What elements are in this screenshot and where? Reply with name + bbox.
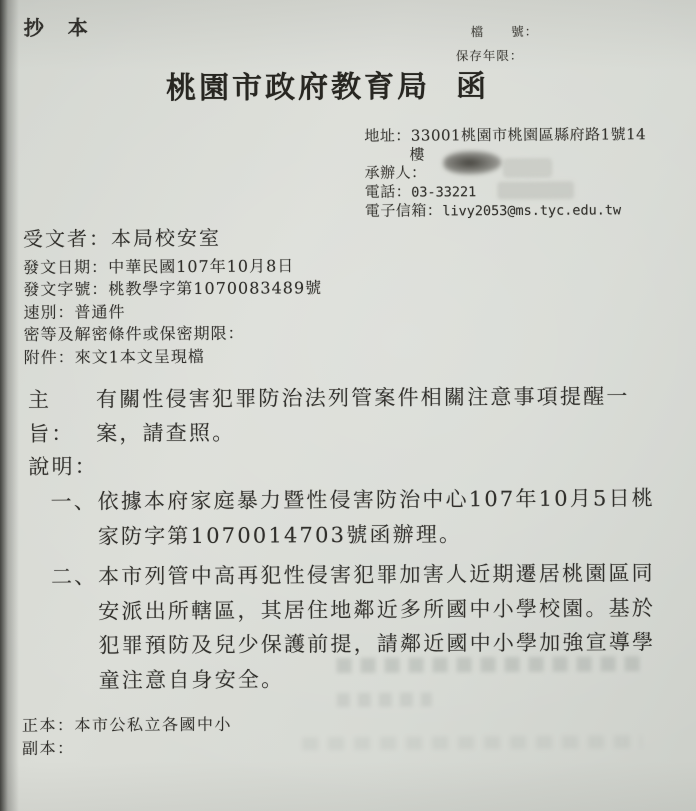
item-2-number: 二、 [51, 560, 99, 698]
sender-email-line: 電子信箱：livy2053@ms.tyc.edu.tw [365, 200, 690, 221]
item-2-text: 本市列管中高再犯性侵害犯罪加害人近期遷居桃園區同安派出所轄區，其居住地鄰近多所國… [98, 556, 661, 697]
issuing-agency-name: 桃園市政府教育局 [166, 61, 430, 107]
recipient-line: 受文者：本局校安室 [23, 222, 221, 252]
document-title: 桃園市政府教育局 函 [166, 61, 489, 107]
cc-recipients-line: 副本： [22, 736, 232, 760]
original-recipients-value: 本市公私立各國中小 [74, 715, 232, 735]
priority-label: 速別： [23, 302, 74, 321]
reference-number-line: 發文字號：桃教學字第1070083489號 [23, 278, 322, 302]
issue-date-label: 發文日期： [23, 257, 108, 277]
issue-date-line: 發文日期：中華民國107年10月8日 [23, 255, 322, 279]
subject-section: 主旨： 有關性侵害犯罪防治法列管案件相關注意事項提醒一案，請查照。 [28, 379, 670, 451]
phone-label: 電話： [365, 182, 412, 200]
original-recipients-line: 正本：本市公私立各國中小 [22, 714, 232, 738]
priority-line: 速別：普通件 [23, 300, 322, 324]
scanned-official-letter: 抄 本 檔 號： 保存年限： 桃園市政府教育局 函 地址：33001桃園市桃園區… [0, 0, 696, 811]
cc-recipients-label: 副本： [22, 738, 75, 757]
priority-value: 普通件 [74, 302, 125, 321]
explanation-item-1: 一、 依據本府家庭暴力暨性侵害防治中心107年10月5日桃家防字第1070014… [50, 481, 668, 554]
ink-bleed-through-marks [337, 656, 649, 673]
explanation-item-2: 二、 本市列管中高再犯性侵害犯罪加害人近期遷居桃園區同安派出所轄區，其居住地鄰近… [51, 556, 670, 698]
letter-content: 抄 本 檔 號： 保存年限： 桃園市政府教育局 函 地址：33001桃園市桃園區… [0, 0, 696, 811]
phone-value: 03-33221 [411, 184, 476, 200]
email-value: livy2053@ms.tyc.edu.tw [442, 202, 621, 219]
distribution-block: 正本：本市公私立各國中小 副本： [22, 714, 232, 760]
document-meta-block: 發文日期：中華民國107年10月8日 發文字號：桃教學字第1070083489號… [23, 255, 323, 369]
contact-name-redaction-patch [505, 160, 551, 176]
issue-date-value: 中華民國107年10月8日 [108, 256, 294, 276]
copy-stamp-label: 抄 本 [24, 12, 90, 41]
sender-address-line1: 地址：33001桃園市桃園區縣府路1號14 [364, 125, 689, 145]
item-1-text: 依據本府家庭暴力暨性侵害防治中心107年10月5日桃家防字第1070014703… [97, 481, 659, 553]
original-recipients-label: 正本： [22, 716, 75, 735]
ink-bleed-through-marks [337, 692, 432, 707]
reference-number-label: 發文字號： [23, 280, 108, 300]
item-1-number: 一、 [50, 485, 97, 554]
classification-line: 密等及解密條件或保密期限： [23, 322, 322, 346]
explanation-label: 說明： [28, 451, 98, 481]
email-label: 電子信箱： [365, 201, 443, 219]
ink-bleed-through-marks [302, 735, 642, 750]
phone-extension-redaction-patch [499, 183, 573, 198]
subject-text: 有關性侵害犯罪防治法列管案件相關注意事項提醒一案，請查照。 [96, 379, 670, 451]
document-type: 函 [456, 61, 489, 105]
contact-person-label: 承辦人： [365, 164, 427, 182]
attachment-line: 附件：來文1本文呈現檔 [24, 345, 323, 369]
reference-number-value: 桃教學字第1070083489號 [108, 279, 322, 299]
attachment-label: 附件： [24, 347, 75, 366]
attachment-value: 來文1本文呈現檔 [75, 346, 205, 366]
subject-label: 主旨： [28, 383, 96, 451]
file-number-label: 檔 號： [471, 22, 539, 40]
recipient-label: 受文者： [23, 226, 111, 251]
recipient-value: 本局校安室 [111, 226, 221, 251]
classification-label: 密等及解密條件或保密期限： [24, 324, 245, 344]
